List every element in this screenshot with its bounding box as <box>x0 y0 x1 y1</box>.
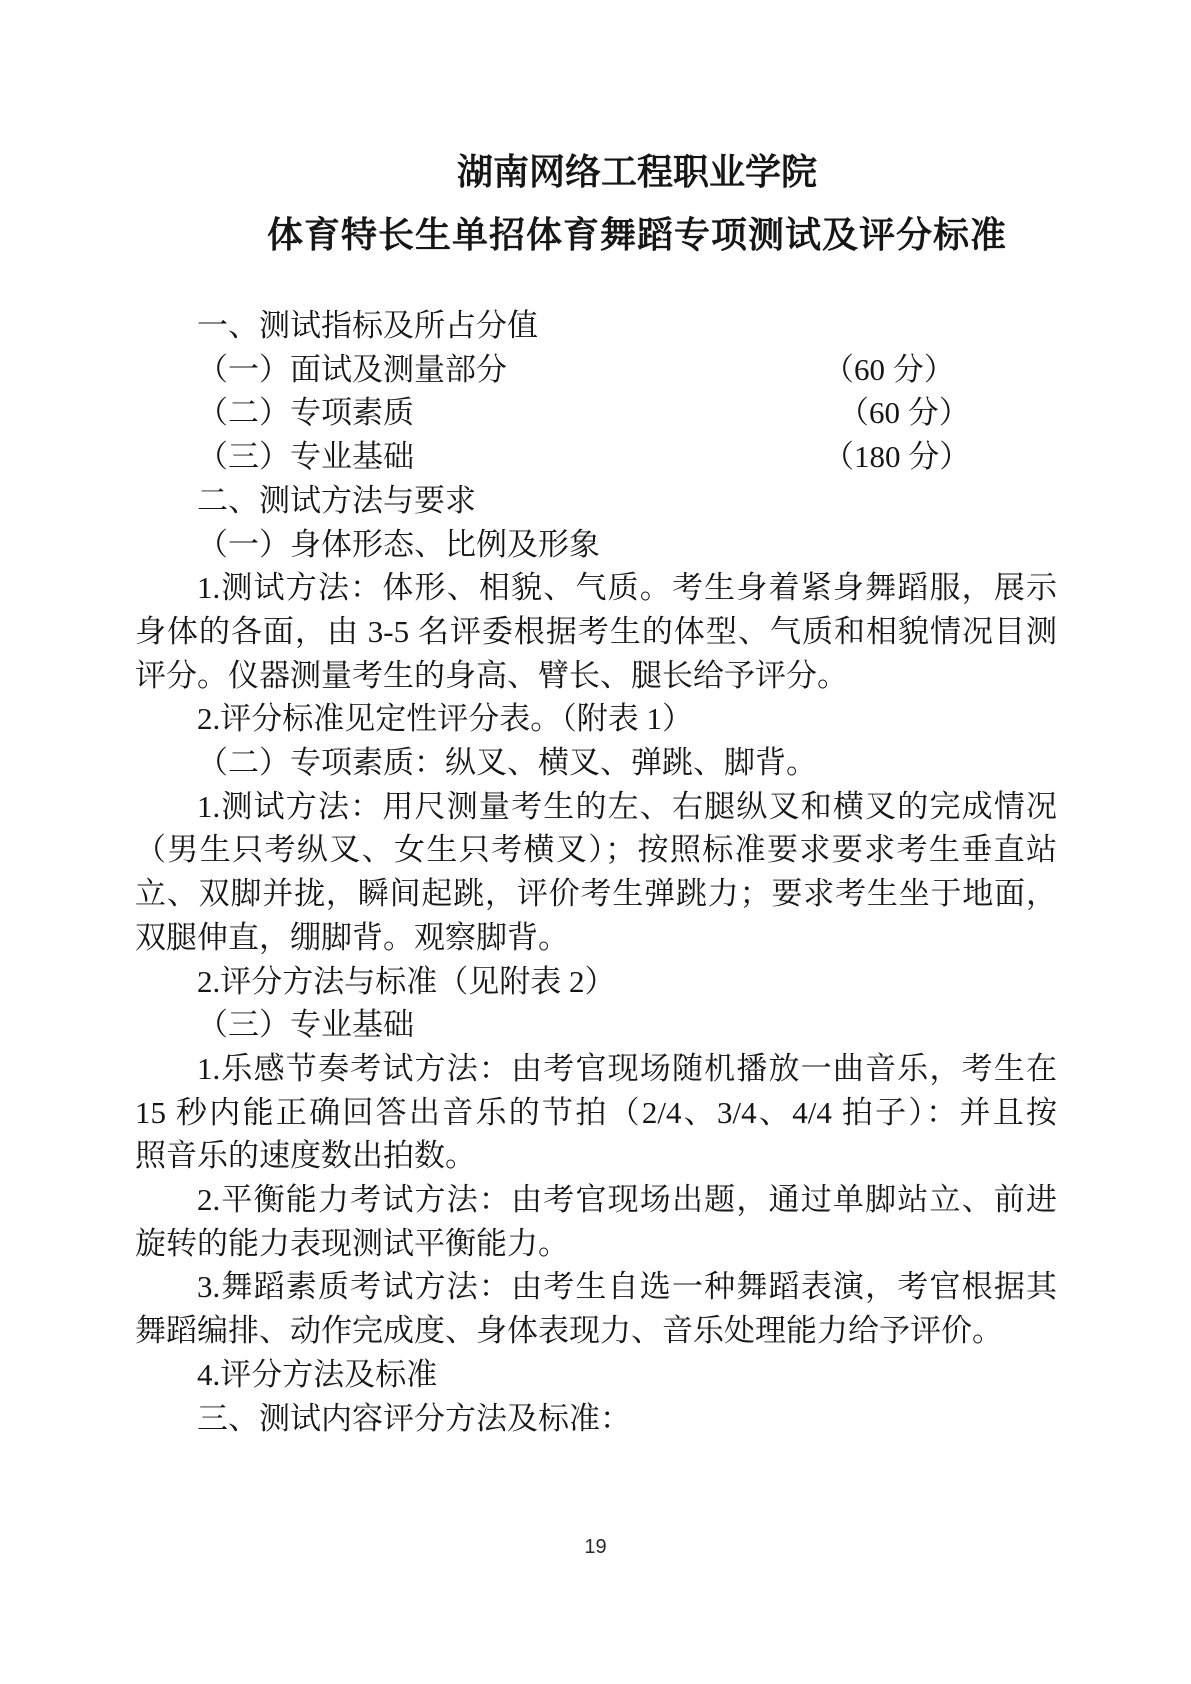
body-line: 2.平衡能力考试方法：由考官现场出题，通过单脚站立、前进 <box>135 1178 1057 1222</box>
body-line: 3.舞蹈素质考试方法：由考生自选一种舞蹈表演，考官根据其 <box>135 1265 1057 1309</box>
body-line: （男生只考纵叉、女生只考横叉）；按照标准要求要求考生垂直站 <box>135 828 1057 872</box>
sub-heading: （一）身体形态、比例及形象 <box>135 523 1057 567</box>
section-heading: 三、测试内容评分方法及标准： <box>135 1397 1057 1441</box>
body-line: 15 秒内能正确回答出音乐的节拍（2/4、3/4、4/4 拍子）：并且按 <box>135 1091 1057 1135</box>
score-line-label: （三）专业基础 <box>197 439 414 474</box>
document-content: 湖南网络工程职业学院 体育特长生单招体育舞蹈专项测试及评分标准 一、测试指标及所… <box>135 0 1057 1440</box>
body-line: 旋转的能力表现测试平衡能力。 <box>135 1222 1057 1266</box>
score-line: （三）专业基础 （180 分） <box>135 435 1057 479</box>
score-value: （60 分） <box>823 348 955 392</box>
document-subtitle: 体育特长生单招体育舞蹈专项测试及评分标准 <box>135 209 1057 261</box>
sub-heading: （二）专项素质：纵叉、横叉、弹跳、脚背。 <box>135 741 1057 785</box>
body-line: 评分。仪器测量考生的身高、臂长、腿长给予评分。 <box>135 654 1057 698</box>
score-value: （180 分） <box>823 435 970 479</box>
sub-heading: （三）专业基础 <box>135 1003 1057 1047</box>
score-line-label: （二）专项素质 <box>197 395 414 430</box>
page-number: 19 <box>0 1536 1191 1559</box>
score-line-label: （一）面试及测量部分 <box>197 352 507 387</box>
section-heading: 一、测试指标及所占分值 <box>135 304 1057 348</box>
score-line: （二）专项素质 （60 分） <box>135 391 1057 435</box>
document-body: 一、测试指标及所占分值 （一）面试及测量部分 （60 分） （二）专项素质 （6… <box>135 304 1057 1440</box>
body-line: 1.乐感节奏考试方法：由考官现场随机播放一曲音乐，考生在 <box>135 1047 1057 1091</box>
body-line: 1.测试方法：用尺测量考生的左、右腿纵叉和横叉的完成情况 <box>135 785 1057 829</box>
body-line: 舞蹈编排、动作完成度、身体表现力、音乐处理能力给予评价。 <box>135 1309 1057 1353</box>
body-line: 2.评分方法与标准（见附表 2） <box>135 960 1057 1004</box>
score-value: （60 分） <box>838 391 970 435</box>
section-heading: 二、测试方法与要求 <box>135 479 1057 523</box>
body-line: 1.测试方法：体形、相貌、气质。考生身着紧身舞蹈服，展示 <box>135 566 1057 610</box>
document-page: 湖南网络工程职业学院 体育特长生单招体育舞蹈专项测试及评分标准 一、测试指标及所… <box>0 0 1191 1684</box>
body-line: 身体的各面，由 3-5 名评委根据考生的体型、气质和相貌情况目测 <box>135 610 1057 654</box>
body-line: 2.评分标准见定性评分表。（附表 1） <box>135 697 1057 741</box>
score-line: （一）面试及测量部分 （60 分） <box>135 348 1057 392</box>
body-line: 双腿伸直，绷脚背。观察脚背。 <box>135 916 1057 960</box>
body-line: 立、双脚并拢，瞬间起跳，评价考生弹跳力；要求考生坐于地面， <box>135 872 1057 916</box>
body-line: 4.评分方法及标准 <box>135 1353 1057 1397</box>
body-line: 照音乐的速度数出拍数。 <box>135 1134 1057 1178</box>
document-title: 湖南网络工程职业学院 <box>135 146 1057 198</box>
